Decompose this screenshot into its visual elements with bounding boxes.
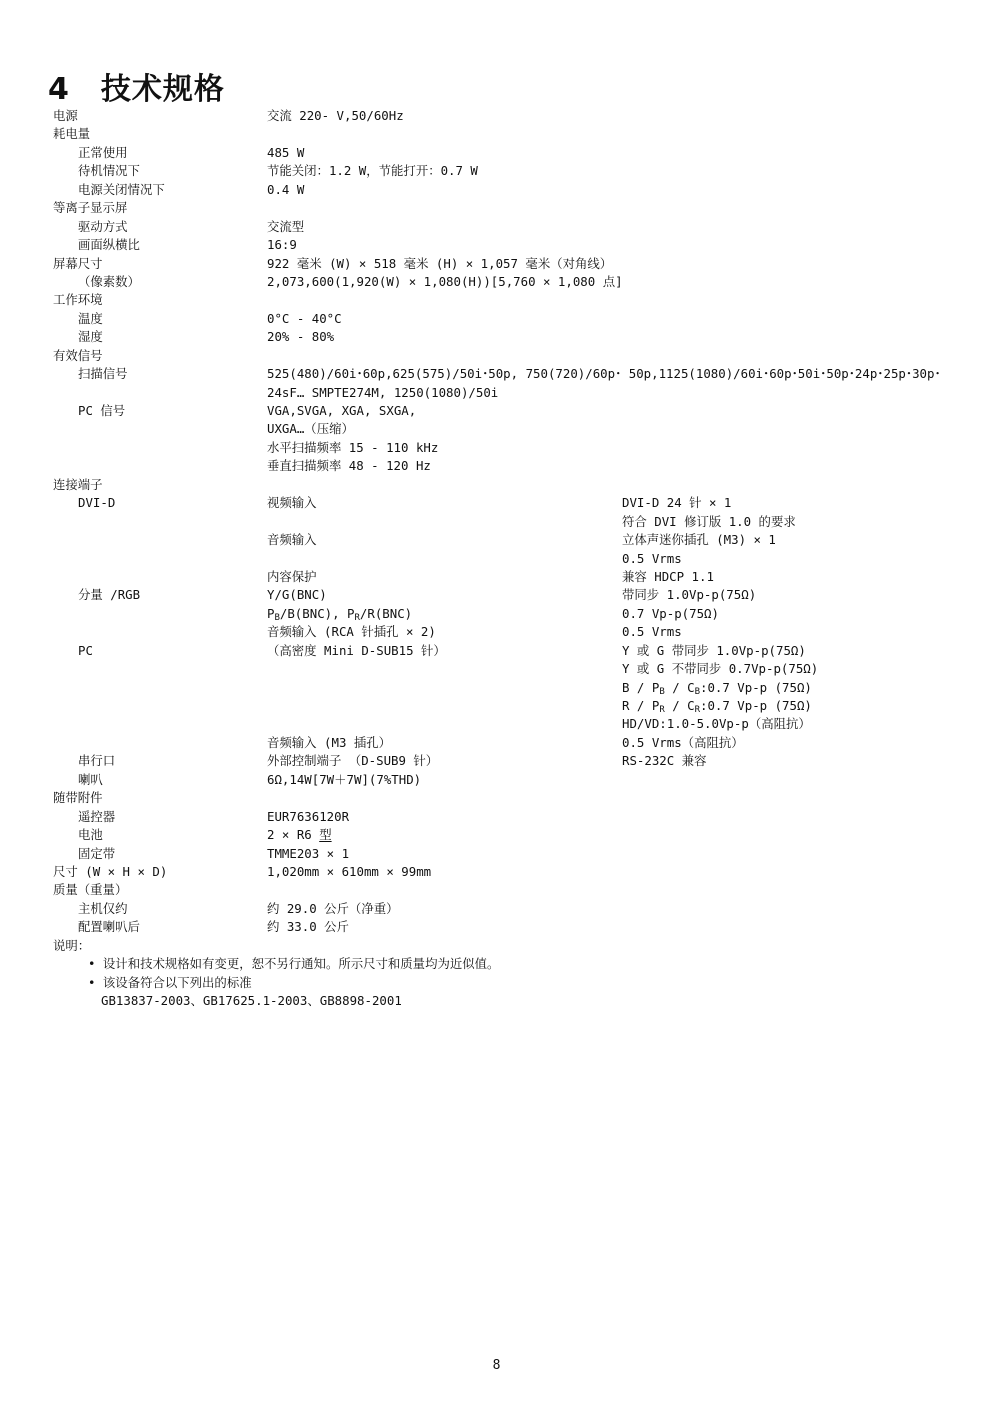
spec-row: 分量 /RGBY/G(BNC)带同步 1.0Vp-p(75Ω) xyxy=(0,586,993,604)
spec-detail: 0.7 Vp-p(75Ω) xyxy=(622,605,993,623)
spec-value: 内容保护 xyxy=(267,568,622,586)
spec-row: 温度0°C - 40°C xyxy=(0,310,993,328)
spec-detail xyxy=(622,900,993,918)
spec-label xyxy=(0,568,267,586)
spec-detail xyxy=(622,881,993,899)
spec-row: 遥控器EUR7636120R xyxy=(0,808,993,826)
spec-label: DVI-D xyxy=(0,494,267,512)
spec-detail xyxy=(622,291,993,309)
spec-row: 主机仅约约 29.0 公斤（净重） xyxy=(0,900,993,918)
spec-detail: Y 或 G 带同步 1.0Vp-p(75Ω) xyxy=(622,642,993,660)
spec-value xyxy=(267,291,622,309)
spec-label xyxy=(0,384,267,402)
spec-value: 音频输入 (RCA 针插孔 × 2) xyxy=(267,623,622,641)
spec-value: PB/B(BNC), PR/R(BNC) xyxy=(267,605,622,623)
spec-row: 电源交流 220- V,50/60Hz xyxy=(0,107,993,125)
spec-label: 尺寸 (W × H × D) xyxy=(0,863,267,881)
spec-value: 485 W xyxy=(267,144,622,162)
spec-value xyxy=(267,199,622,217)
spec-label: 温度 xyxy=(0,310,267,328)
spec-label xyxy=(0,623,267,641)
spec-label: 分量 /RGB xyxy=(0,586,267,604)
spec-row: 扫描信号525(480)/60i･60p,625(575)/50i･50p, 7… xyxy=(0,365,993,383)
spec-label: 配置喇叭后 xyxy=(0,918,267,936)
spec-row: 工作环境 xyxy=(0,291,993,309)
spec-detail xyxy=(622,328,993,346)
spec-value: TMME203 × 1 xyxy=(267,845,622,863)
spec-label: 正常使用 xyxy=(0,144,267,162)
spec-label xyxy=(0,550,267,568)
page-title: 4 技术规格 xyxy=(48,64,225,108)
spec-row: 内容保护兼容 HDCP 1.1 xyxy=(0,568,993,586)
spec-label: 工作环境 xyxy=(0,291,267,309)
spec-detail: Y 或 G 不带同步 0.7Vp-p(75Ω) xyxy=(622,660,993,678)
spec-value: 922 毫米 (W) × 518 毫米 (H) × 1,057 毫米（对角线） xyxy=(267,255,622,273)
spec-label xyxy=(0,605,267,623)
spec-detail xyxy=(622,402,993,420)
spec-row: 串行口外部控制端子 （D-SUB9 针）RS-232C 兼容 xyxy=(0,752,993,770)
spec-detail xyxy=(622,863,993,881)
spec-value: 交流 220- V,50/60Hz xyxy=(267,107,622,125)
spec-detail xyxy=(622,845,993,863)
spec-detail xyxy=(623,273,993,291)
spec-row: PB/B(BNC), PR/R(BNC)0.7 Vp-p(75Ω) xyxy=(0,605,993,623)
spec-detail xyxy=(622,162,993,180)
spec-row: 随带附件 xyxy=(0,789,993,807)
spec-row: 画面纵横比16:9 xyxy=(0,236,993,254)
spec-label: 主机仅约 xyxy=(0,900,267,918)
spec-detail xyxy=(622,789,993,807)
spec-detail: 立体声迷你插孔 (M3) × 1 xyxy=(622,531,993,549)
spec-label: 画面纵横比 xyxy=(0,236,267,254)
spec-label xyxy=(0,660,267,678)
spec-detail xyxy=(622,107,993,125)
spec-label: 待机情况下 xyxy=(0,162,267,180)
spec-detail: RS-232C 兼容 xyxy=(622,752,993,770)
spec-detail xyxy=(622,476,993,494)
notes-heading: 说明： xyxy=(0,937,993,955)
spec-detail xyxy=(622,771,993,789)
spec-detail xyxy=(622,384,993,402)
spec-value: （高密度 Mini D-SUB15 针） xyxy=(267,642,622,660)
spec-row: 24sF… SMPTE274M, 1250(1080)/50i xyxy=(0,384,993,402)
spec-label: 驱动方式 xyxy=(0,218,267,236)
spec-label xyxy=(0,734,267,752)
spec-row: 音频输入 (M3 插孔）0.5 Vrms（高阻抗） xyxy=(0,734,993,752)
spec-row: 音频输入立体声迷你插孔 (M3) × 1 xyxy=(0,531,993,549)
spec-label: 有效信号 xyxy=(0,347,267,365)
spec-detail xyxy=(622,347,993,365)
spec-value: 525(480)/60i･60p,625(575)/50i･50p, 750(7… xyxy=(267,365,941,383)
spec-label: 质量（重量） xyxy=(0,881,267,899)
spec-detail: HD/VD:1.0-5.0Vp-p（高阻抗） xyxy=(622,715,993,733)
spec-row: 0.5 Vrms xyxy=(0,550,993,568)
spec-value xyxy=(267,881,622,899)
spec-row: 电源关闭情况下0.4 W xyxy=(0,181,993,199)
spec-detail: R / PR / CR:0.7 Vp-p (75Ω) xyxy=(622,697,993,715)
spec-value xyxy=(267,513,622,531)
page-number: 8 xyxy=(0,1358,993,1373)
spec-detail: DVI-D 24 针 × 1 xyxy=(622,494,993,512)
spec-label: 电源 xyxy=(0,107,267,125)
spec-value xyxy=(267,550,622,568)
spec-row: 屏幕尺寸922 毫米 (W) × 518 毫米 (H) × 1,057 毫米（对… xyxy=(0,255,993,273)
spec-row: 垂直扫描频率 48 - 120 Hz xyxy=(0,457,993,475)
spec-label xyxy=(0,513,267,531)
spec-label: 连接端子 xyxy=(0,476,267,494)
spec-detail: 符合 DVI 修订版 1.0 的要求 xyxy=(622,513,993,531)
spec-row: PC 信号VGA,SVGA, XGA, SXGA, xyxy=(0,402,993,420)
spec-row: DVI-D视频输入DVI-D 24 针 × 1 xyxy=(0,494,993,512)
spec-label: 电池 xyxy=(0,826,267,844)
spec-label xyxy=(0,715,267,733)
spec-label: PC xyxy=(0,642,267,660)
standards-list: GB13837-2003、GB17625.1-2003、GB8898-2001 xyxy=(0,992,993,1010)
spec-label: 随带附件 xyxy=(0,789,267,807)
spec-value xyxy=(267,125,622,143)
spec-value: 垂直扫描频率 48 - 120 Hz xyxy=(267,457,622,475)
spec-value: UXGA…（压缩） xyxy=(267,420,622,438)
spec-label: 湿度 xyxy=(0,328,267,346)
spec-detail: 0.5 Vrms xyxy=(622,623,993,641)
spec-detail xyxy=(622,310,993,328)
spec-label xyxy=(0,531,267,549)
spec-value xyxy=(267,715,622,733)
spec-detail xyxy=(622,826,993,844)
spec-label: 串行口 xyxy=(0,752,267,770)
note-item: • 该设备符合以下列出的标准 xyxy=(0,974,993,992)
spec-row: PC（高密度 Mini D-SUB15 针）Y 或 G 带同步 1.0Vp-p(… xyxy=(0,642,993,660)
spec-value: 音频输入 xyxy=(267,531,622,549)
spec-row: HD/VD:1.0-5.0Vp-p（高阻抗） xyxy=(0,715,993,733)
spec-row: （像素数）2,073,600(1,920(W) × 1,080(H))[5,76… xyxy=(0,273,993,291)
spec-row: 耗电量 xyxy=(0,125,993,143)
spec-value: EUR7636120R xyxy=(267,808,622,826)
spec-value: 24sF… SMPTE274M, 1250(1080)/50i xyxy=(267,384,622,402)
spec-value: 音频输入 (M3 插孔） xyxy=(267,734,622,752)
spec-row: 湿度20% - 80% xyxy=(0,328,993,346)
spec-label: PC 信号 xyxy=(0,402,267,420)
spec-label: 扫描信号 xyxy=(0,365,267,383)
spec-value: 视频输入 xyxy=(267,494,622,512)
spec-row: 驱动方式交流型 xyxy=(0,218,993,236)
spec-value: 节能关闭：1.2 W，节能打开：0.7 W xyxy=(267,162,622,180)
spec-detail: 带同步 1.0Vp-p(75Ω) xyxy=(622,586,993,604)
spec-detail xyxy=(941,365,993,383)
spec-label xyxy=(0,439,267,457)
spec-value: 水平扫描频率 15 - 110 kHz xyxy=(267,439,622,457)
spec-detail xyxy=(622,808,993,826)
spec-label: 电源关闭情况下 xyxy=(0,181,267,199)
spec-value: 16:9 xyxy=(267,236,622,254)
spec-value: Y/G(BNC) xyxy=(267,586,622,604)
spec-value: 0°C - 40°C xyxy=(267,310,622,328)
spec-row: 喇叭6Ω,14W[7W＋7W](7%THD) xyxy=(0,771,993,789)
spec-detail xyxy=(622,144,993,162)
spec-row: 待机情况下节能关闭：1.2 W，节能打开：0.7 W xyxy=(0,162,993,180)
spec-row: B / PB / CB:0.7 Vp-p (75Ω) xyxy=(0,679,993,697)
spec-detail xyxy=(622,457,993,475)
spec-row: 正常使用485 W xyxy=(0,144,993,162)
spec-label: 固定带 xyxy=(0,845,267,863)
spec-row: UXGA…（压缩） xyxy=(0,420,993,438)
spec-value: 2 × R6 型 xyxy=(267,826,622,844)
spec-detail xyxy=(622,439,993,457)
spec-row: 电池2 × R6 型 xyxy=(0,826,993,844)
spec-row: 音频输入 (RCA 针插孔 × 2)0.5 Vrms xyxy=(0,623,993,641)
spec-row: 固定带TMME203 × 1 xyxy=(0,845,993,863)
spec-label: （像素数） xyxy=(0,273,267,291)
spec-value: 2,073,600(1,920(W) × 1,080(H))[5,760 × 1… xyxy=(267,273,623,291)
spec-detail: 0.5 Vrms（高阻抗） xyxy=(622,734,993,752)
spec-row: 水平扫描频率 15 - 110 kHz xyxy=(0,439,993,457)
spec-value: 6Ω,14W[7W＋7W](7%THD) xyxy=(267,771,622,789)
spec-list: 电源交流 220- V,50/60Hz耗电量正常使用485 W待机情况下节能关闭… xyxy=(0,107,993,1010)
spec-detail: B / PB / CB:0.7 Vp-p (75Ω) xyxy=(622,679,993,697)
spec-value xyxy=(267,679,622,697)
spec-value: 20% - 80% xyxy=(267,328,622,346)
spec-row: 配置喇叭后约 33.0 公斤 xyxy=(0,918,993,936)
spec-label: 喇叭 xyxy=(0,771,267,789)
note-item: • 设计和技术规格如有变更，恕不另行通知。所示尺寸和质量均为近似值。 xyxy=(0,955,993,973)
spec-value: VGA,SVGA, XGA, SXGA, xyxy=(267,402,622,420)
spec-value: 约 29.0 公斤（净重） xyxy=(267,900,622,918)
spec-label xyxy=(0,457,267,475)
spec-value xyxy=(267,347,622,365)
spec-detail xyxy=(622,181,993,199)
spec-detail xyxy=(622,255,993,273)
spec-row: 质量（重量） xyxy=(0,881,993,899)
spec-detail xyxy=(622,420,993,438)
spec-detail xyxy=(622,125,993,143)
spec-row: 连接端子 xyxy=(0,476,993,494)
spec-row: 有效信号 xyxy=(0,347,993,365)
spec-label: 屏幕尺寸 xyxy=(0,255,267,273)
spec-row: 等离子显示屏 xyxy=(0,199,993,217)
spec-document-page: 4 技术规格 电源交流 220- V,50/60Hz耗电量正常使用485 W待机… xyxy=(0,0,993,1404)
spec-value xyxy=(267,697,622,715)
spec-label xyxy=(0,420,267,438)
spec-row: 符合 DVI 修订版 1.0 的要求 xyxy=(0,513,993,531)
spec-value: 外部控制端子 （D-SUB9 针） xyxy=(267,752,622,770)
spec-value: 约 33.0 公斤 xyxy=(267,918,622,936)
spec-label: 耗电量 xyxy=(0,125,267,143)
spec-label: 等离子显示屏 xyxy=(0,199,267,217)
spec-detail xyxy=(622,199,993,217)
spec-value xyxy=(267,789,622,807)
spec-value: 0.4 W xyxy=(267,181,622,199)
spec-label xyxy=(0,697,267,715)
spec-row: 尺寸 (W × H × D)1,020mm × 610mm × 99mm xyxy=(0,863,993,881)
spec-detail: 兼容 HDCP 1.1 xyxy=(622,568,993,586)
spec-value xyxy=(267,660,622,678)
spec-label xyxy=(0,679,267,697)
spec-detail: 0.5 Vrms xyxy=(622,550,993,568)
spec-value xyxy=(267,476,622,494)
spec-detail xyxy=(622,918,993,936)
spec-detail xyxy=(622,218,993,236)
spec-row: R / PR / CR:0.7 Vp-p (75Ω) xyxy=(0,697,993,715)
spec-label: 遥控器 xyxy=(0,808,267,826)
spec-row: Y 或 G 不带同步 0.7Vp-p(75Ω) xyxy=(0,660,993,678)
spec-detail xyxy=(622,236,993,254)
spec-value: 1,020mm × 610mm × 99mm xyxy=(267,863,622,881)
spec-value: 交流型 xyxy=(267,218,622,236)
